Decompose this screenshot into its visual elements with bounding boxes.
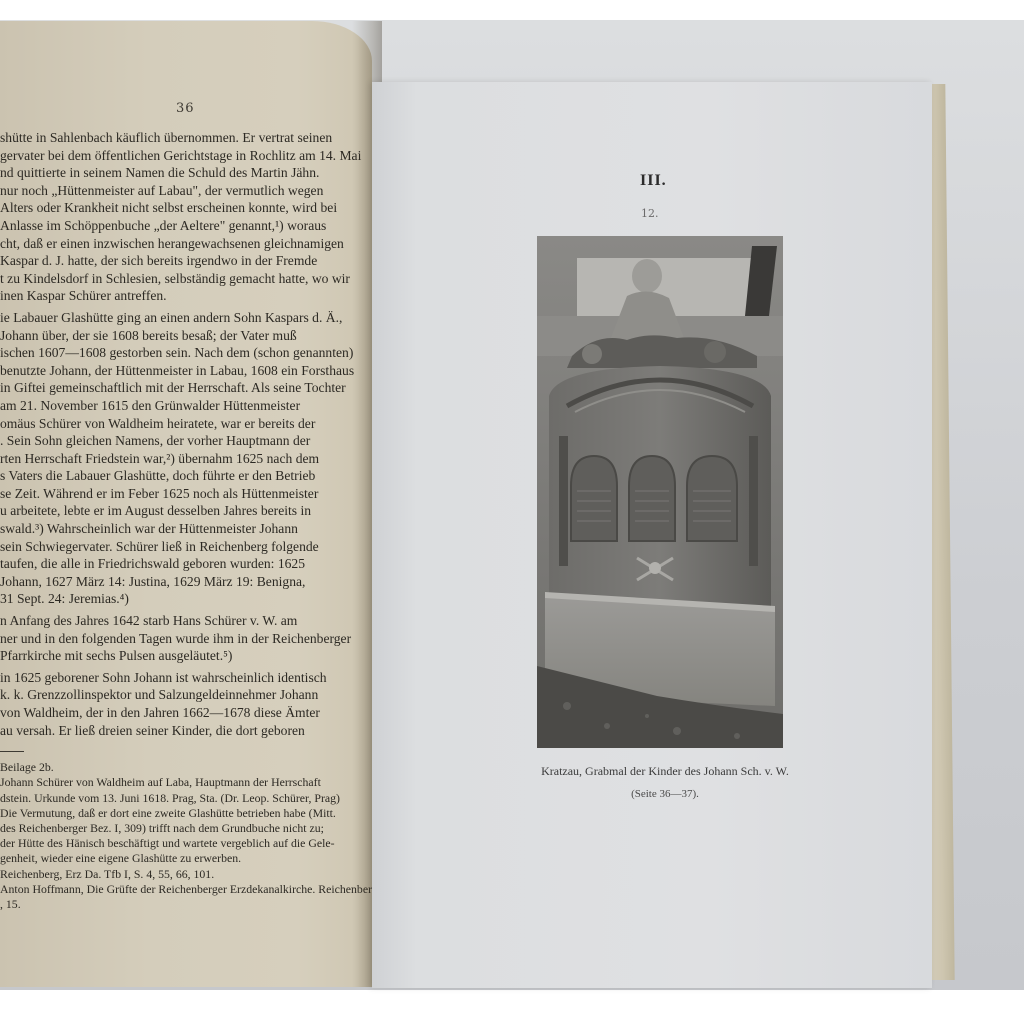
text-line: nd quittierte in seinem Namen die Schuld… xyxy=(0,164,372,182)
footnote-line: Beilage 2b. xyxy=(0,760,372,775)
text-line: taufen, die alle in Friedrichswald gebor… xyxy=(0,555,372,573)
text-line: Alters oder Krankheit nicht selbst ersch… xyxy=(0,199,372,217)
text-line: ner und in den folgenden Tagen wurde ihm… xyxy=(0,630,372,648)
text-line: nur noch „Hüttenmeister auf Labau", der … xyxy=(0,182,372,200)
footnotes: Beilage 2b. Johann Schürer von Waldheim … xyxy=(0,760,372,912)
text-line: shütte in Sahlenbach käuflich übernommen… xyxy=(0,129,372,147)
text-line: se Zeit. Während er im Feber 1625 noch a… xyxy=(0,485,372,503)
text-line: benutzte Johann, der Hüttenmeister in La… xyxy=(0,362,372,380)
paragraph-3: n Anfang des Jahres 1642 starb Hans Schü… xyxy=(0,612,372,665)
text-line: k. k. Grenzzollinspektor und Salzungelde… xyxy=(0,686,372,704)
text-line: am 21. November 1615 den Grünwalder Hütt… xyxy=(0,397,372,415)
left-page: 36 shütte in Sahlenbach käuflich übernom… xyxy=(0,21,372,987)
footnote-line: genheit, wieder eine eigene Glashütte zu… xyxy=(0,851,372,866)
paragraph-2: ie Labauer Glashütte ging an einen ander… xyxy=(0,309,372,608)
text-line: Pfarrkirche mit sechs Pulsen ausgeläutet… xyxy=(0,647,372,665)
text-line: in Giftei gemeinschaftlich mit der Herrs… xyxy=(0,379,372,397)
plate-number: 12. xyxy=(641,207,659,220)
footnote-line: , 15. xyxy=(0,897,372,912)
footnote-line: des Reichenberger Bez. I, 309) trifft na… xyxy=(0,821,372,836)
body-text: shütte in Sahlenbach käuflich übernommen… xyxy=(0,129,372,912)
text-line: omäus Schürer von Waldheim heiratete, wa… xyxy=(0,415,372,433)
footnote-line: der Hütte des Hänisch beschäftigt und wa… xyxy=(0,836,372,851)
text-line: Johann über, der sie 1608 bereits besaß;… xyxy=(0,327,372,345)
gravestone-illustration xyxy=(537,236,783,748)
text-line: ie Labauer Glashütte ging an einen ander… xyxy=(0,309,372,327)
footnote-line: Reichenberg, Erz Da. Tfb I, S. 4, 55, 66… xyxy=(0,867,372,882)
text-line: t zu Kindelsdorf in Schlesien, selbständ… xyxy=(0,270,372,288)
text-line: gervater bei dem öffentlichen Gerichtsta… xyxy=(0,147,372,165)
page-number: 36 xyxy=(176,101,195,116)
gravestone-photo xyxy=(537,236,783,748)
figure-caption: Kratzau, Grabmal der Kinder des Johann S… xyxy=(500,764,830,779)
footnote-line: Johann Schürer von Waldheim auf Laba, Ha… xyxy=(0,775,372,790)
footnote-line: dstein. Urkunde vom 13. Juni 1618. Prag,… xyxy=(0,791,372,806)
figure-page-reference: (Seite 36—37). xyxy=(500,788,830,800)
text-line: rten Herrschaft Friedstein war,²) überna… xyxy=(0,450,372,468)
text-line: in 1625 geborener Sohn Johann ist wahrsc… xyxy=(0,669,372,687)
text-line: u arbeitete, lebte er im August desselbe… xyxy=(0,502,372,520)
text-line: cht, daß er einen inzwischen herangewach… xyxy=(0,235,372,253)
text-line: n Anfang des Jahres 1642 starb Hans Schü… xyxy=(0,612,372,630)
paragraph-1: shütte in Sahlenbach käuflich übernommen… xyxy=(0,129,372,305)
footnote-divider xyxy=(0,751,24,752)
text-line: 31 Sept. 24: Jeremias.⁴) xyxy=(0,590,372,608)
text-line: swald.³) Wahrscheinlich war der Hüttenme… xyxy=(0,520,372,538)
text-line: ischen 1607—1608 gestorben sein. Nach de… xyxy=(0,344,372,362)
text-line: s Vaters die Labauer Glashütte, doch füh… xyxy=(0,467,372,485)
text-line: sein Schwiegervater. Schürer ließ in Rei… xyxy=(0,538,372,556)
text-line: Anlasse im Schöppenbuche „der Aeltere" g… xyxy=(0,217,372,235)
footnote-line: Die Vermutung, daß er dort eine zweite G… xyxy=(0,806,372,821)
paragraph-4: in 1625 geborener Sohn Johann ist wahrsc… xyxy=(0,669,372,739)
text-line: . Sein Sohn gleichen Namens, der vorher … xyxy=(0,432,372,450)
text-line: inen Kaspar Schürer antreffen. xyxy=(0,287,372,305)
text-line: von Waldheim, der in den Jahren 1662—167… xyxy=(0,704,372,722)
text-line: au versah. Er ließ dreien seiner Kinder,… xyxy=(0,722,372,740)
plate-heading: III. xyxy=(640,172,667,190)
text-line: Kaspar d. J. hatte, der sich bereits irg… xyxy=(0,252,372,270)
footnote-line: Anton Hoffmann, Die Grüfte der Reichenbe… xyxy=(0,882,372,897)
text-line: Johann, 1627 März 14: Justina, 1629 März… xyxy=(0,573,372,591)
